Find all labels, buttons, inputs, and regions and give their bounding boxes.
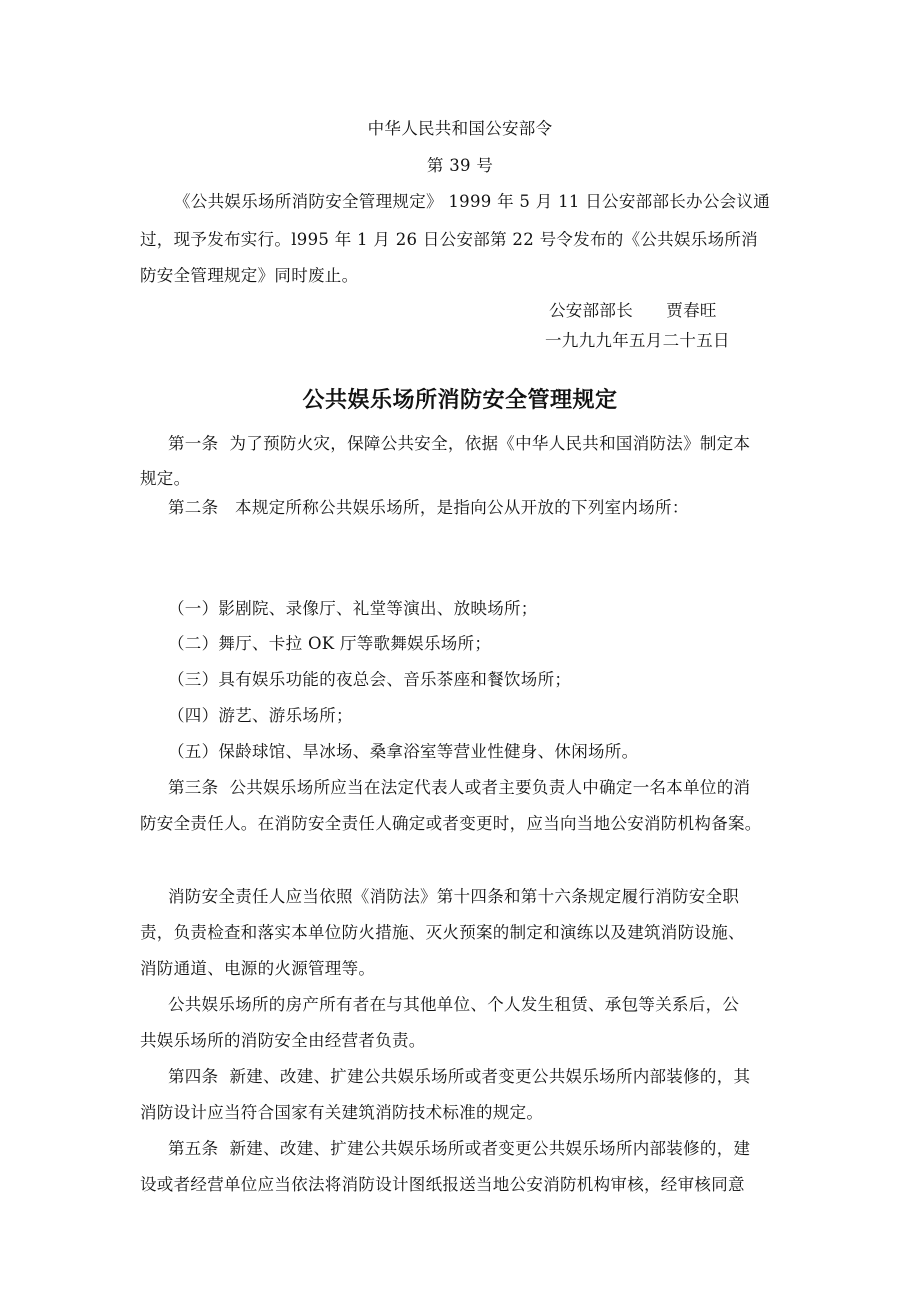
article-line: 消防安全责任人应当依照《消防法》第十四条和第十六条规定履行消防安全职: [168, 886, 739, 908]
order-number: 第 39 号: [0, 155, 920, 177]
preamble-line: 防安全管理规定》同时废止。: [140, 265, 358, 287]
article-line: 防安全责任人。在消防安全责任人确定或者变更时，应当向当地公安消防机构备案。: [140, 813, 762, 835]
article-line: 第三条 公共娱乐场所应当在法定代表人或者主要负责人中确定一名本单位的消: [168, 777, 750, 799]
venue-list-item: （一）影剧院、录像厅、礼堂等演出、放映场所；: [168, 598, 538, 620]
article-line: 第四条 新建、改建、扩建公共娱乐场所或者变更公共娱乐场所内部装修的，其: [168, 1066, 750, 1088]
venue-list-item: （五）保龄球馆、旱冰场、桑拿浴室等营业性健身、休闲场所。: [168, 741, 638, 763]
article-line: 设或者经营单位应当依法将消防设计图纸报送当地公安消防机构审核，经审核同意: [140, 1174, 745, 1196]
document-page: 中华人民共和国公安部令 第 39 号 《公共娱乐场所消防安全管理规定》 1999…: [0, 0, 920, 1302]
signatory: 公安部部长 贾春旺: [549, 300, 717, 322]
article-line: 规定。: [140, 468, 190, 490]
article-line: 第二条 本规定所称公共娱乐场所，是指向公从开放的下列室内场所：: [168, 497, 689, 519]
article-line: 消防设计应当符合国家有关建筑消防技术标准的规定。: [140, 1102, 543, 1124]
signature-date: 一九九九年五月二十五日: [545, 330, 730, 352]
preamble-line: 过，现予发布实行。l995 年 1 月 26 日公安部第 22 号令发布的《公共…: [140, 229, 758, 251]
preamble-line: 《公共娱乐场所消防安全管理规定》 1999 年 5 月 11 日公安部部长办公会…: [174, 191, 770, 213]
venue-list-item: （四）游艺、游乐场所；: [168, 705, 353, 727]
article-line: 第五条 新建、改建、扩建公共娱乐场所或者变更公共娱乐场所内部装修的，建: [168, 1138, 750, 1160]
article-line: 公共娱乐场所的房产所有者在与其他单位、个人发生租赁、承包等关系后，公: [168, 994, 739, 1016]
venue-list-item: （二）舞厅、卡拉 OK 厅等歌舞娱乐场所；: [168, 633, 491, 655]
article-line: 责，负责检查和落实本单位防火措施、灭火预案的制定和演练以及建筑消防设施、: [140, 922, 745, 944]
article-line: 共娱乐场所的消防安全由经营者负责。: [140, 1030, 426, 1052]
article-line: 消防通道、电源的火源管理等。: [140, 958, 375, 980]
venue-list-item: （三）具有娱乐功能的夜总会、音乐茶座和餐饮场所；: [168, 669, 571, 691]
document-title: 公共娱乐场所消防安全管理规定: [0, 386, 920, 416]
order-title: 中华人民共和国公安部令: [0, 118, 920, 140]
article-line: 第一条 为了预防火灾，保障公共安全，依据《中华人民共和国消防法》制定本: [168, 433, 750, 455]
